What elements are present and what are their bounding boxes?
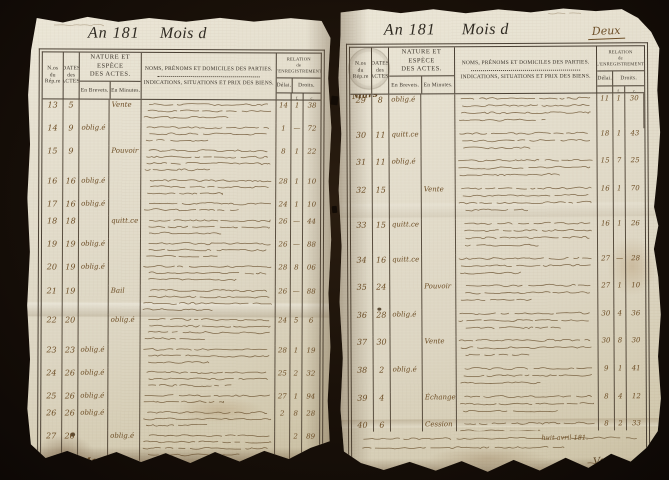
torn-edge-shadow [24,446,332,463]
minute-nature-cell [108,460,140,461]
parties-indications-cell [140,460,275,461]
torn-edge-shadow [338,457,663,475]
handwriting-lines [140,460,274,461]
register-page-right: An 181 Mois d Deux N.os du Rép.re DATES … [336,6,663,475]
brevet-nature-cell: oblig.é [78,460,108,461]
binding-mark [330,96,338,106]
date-cell: 6 [62,460,78,461]
register-scan-scene: An 181 Mois d N.os du Rép.re DATES des A… [0,0,669,480]
embossed-stamp [348,48,390,90]
handwritten-entry-number: 28 [41,461,61,462]
register-page-left: An 181 Mois d N.os du Rép.re DATES des A… [24,14,334,463]
repertoire-number-cell: 28 [41,460,62,462]
table-row: 286oblig.é8466Mars [41,460,319,462]
binding-mark [332,206,338,213]
binding-shadow [24,14,334,463]
delai-cell: 8 [275,461,290,462]
